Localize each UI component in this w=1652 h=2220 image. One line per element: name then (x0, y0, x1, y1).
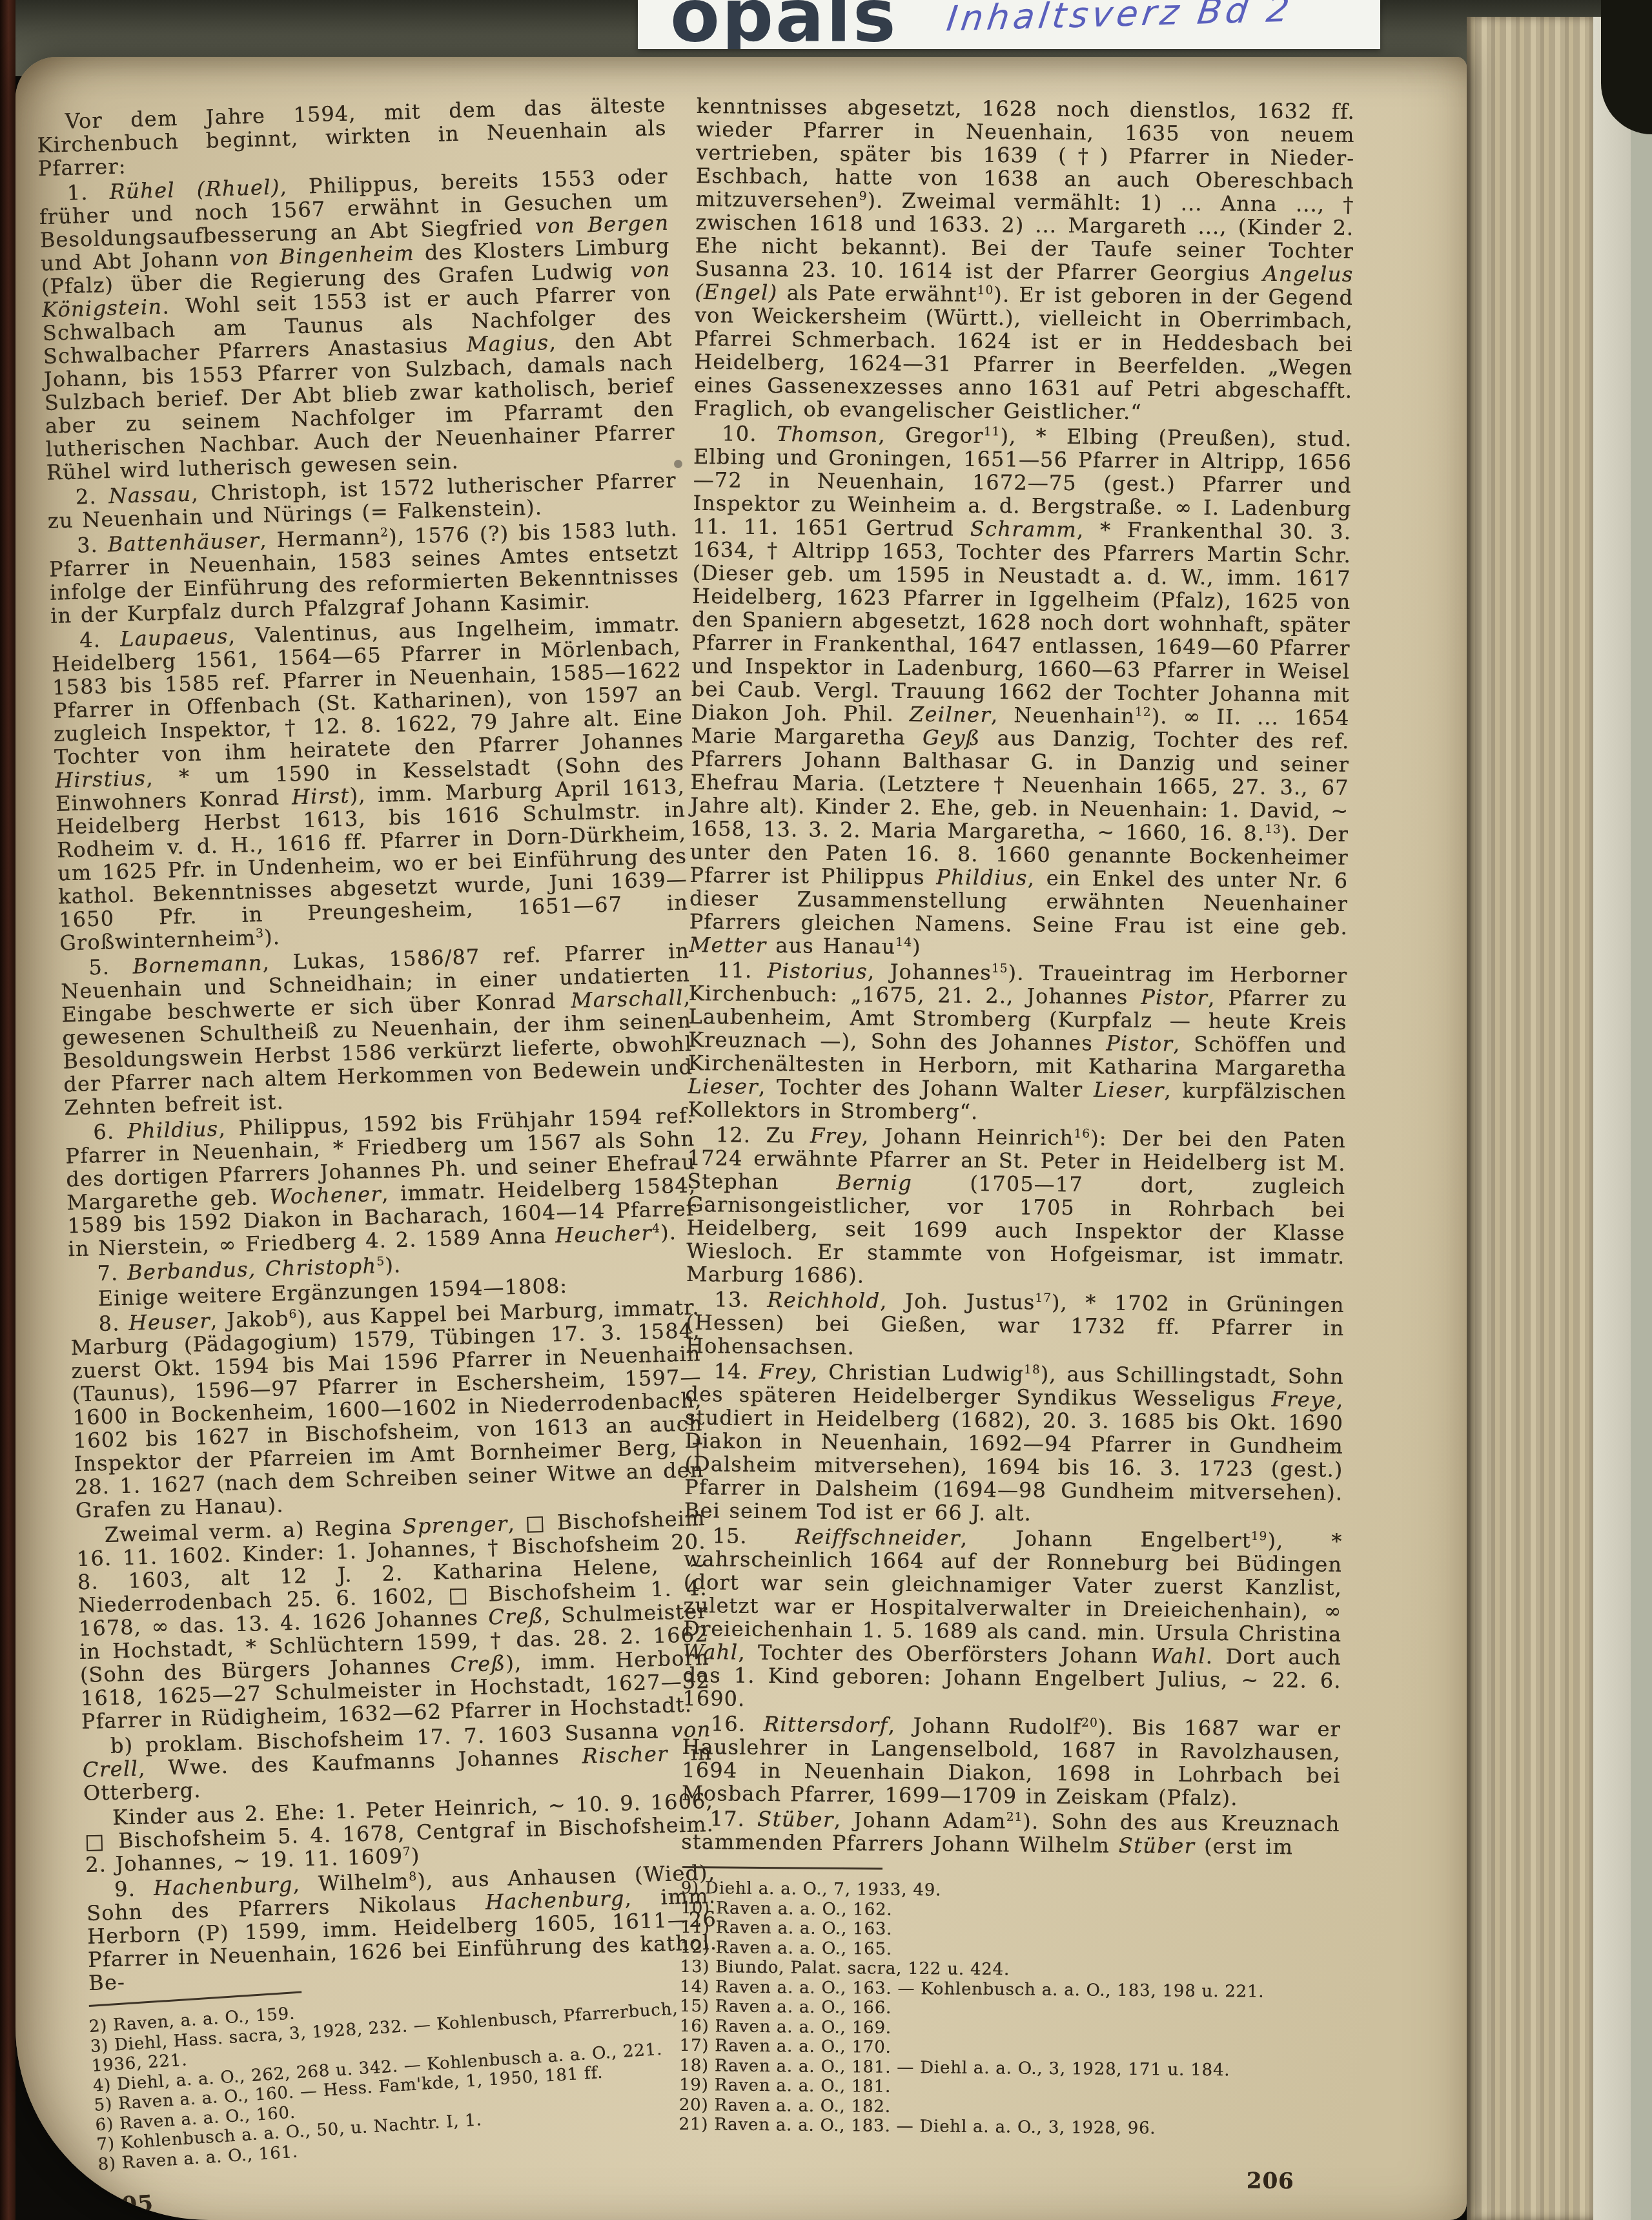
page-number-right: 206 (678, 2163, 1337, 2194)
paragraph: 8. Heuser, Jakob6), aus Kappel bei Marbu… (70, 1295, 705, 1522)
paragraph: 4. Laupaeus, Valentinus, aus Ingelheim, … (51, 612, 689, 955)
page-stack-fore-edge (1467, 17, 1593, 2220)
right-column-text: kenntnisses abgesetzt, 1628 noch dienstl… (681, 94, 1355, 1859)
paragraph: 10. Thomson, Gregor11), * Elbing (Preuße… (689, 422, 1352, 962)
right-column: kenntnisses abgesetzt, 1628 noch dienstl… (678, 94, 1355, 2194)
left-footnote-block: 2) Raven, a. a. O., 159.3) Diehl, Hass. … (88, 1966, 714, 2220)
left-column: Vor dem Jahre 1594, mit dem das älteste … (36, 93, 724, 2220)
right-footnote-block: 9) Diehl a. a. O., 7, 1933, 49.10) Raven… (678, 1866, 1340, 2194)
paragraph: 3. Battenhäuser, Hermann2), 1576 (?) bis… (48, 517, 680, 628)
paragraph: 5. Bornemann, Lukas, 1586/87 ref. Pfarre… (60, 939, 694, 1119)
label-handwritten-text: Inhaltsverz Bd 2 (944, 0, 1296, 39)
scanner-background-right (1631, 0, 1652, 2220)
left-column-text: Vor dem Jahre 1594, mit dem das älteste … (36, 93, 718, 1995)
paragraph: 15. Reiffschneider, Johann Engelbert19),… (682, 1524, 1342, 1716)
library-label: opals Inhaltsverz Bd 2 (638, 0, 1380, 49)
book-gutter-shadow (0, 0, 15, 2220)
paragraph: 13. Reichhold, Joh. Justus17), * 1702 in… (686, 1288, 1345, 1363)
paragraph: kenntnisses abgesetzt, 1628 noch dienstl… (694, 94, 1355, 426)
paragraph: 17. Stüber, Johann Adam21). Sohn des aus… (681, 1807, 1340, 1859)
paragraph: 16. Rittersdorf, Johann Rudolf20). Bis 1… (682, 1712, 1341, 1811)
left-footnotes: 2) Raven, a. a. O., 159.3) Diehl, Hass. … (88, 1978, 711, 2175)
paragraph: 12. Zu Frey, Johann Heinrich16): Der bei… (686, 1123, 1346, 1291)
label-printed-text: opals (670, 0, 898, 49)
paragraph: 11. Pistorius, Johannes15). Traueintrag … (688, 958, 1347, 1127)
page-stack-outer-edge (1593, 17, 1631, 2220)
footnote-separator (682, 1866, 882, 1870)
paragraph: 14. Frey, Christian Ludwig18), aus Schil… (684, 1359, 1344, 1528)
right-footnotes: 9) Diehl a. a. O., 7, 1933, 49.10) Raven… (678, 1878, 1339, 2140)
paragraph: 1. Rühel (Rhuel), Philippus, bereits 155… (38, 165, 676, 484)
book-page: Vor dem Jahre 1594, mit dem das älteste … (15, 57, 1467, 2220)
paragraph: Zweimal verm. a) Regina Sprenger, □ Bisc… (76, 1506, 711, 1733)
paragraph: 6. Phildius, Philippus, 1592 bis Frühjah… (65, 1104, 698, 1260)
